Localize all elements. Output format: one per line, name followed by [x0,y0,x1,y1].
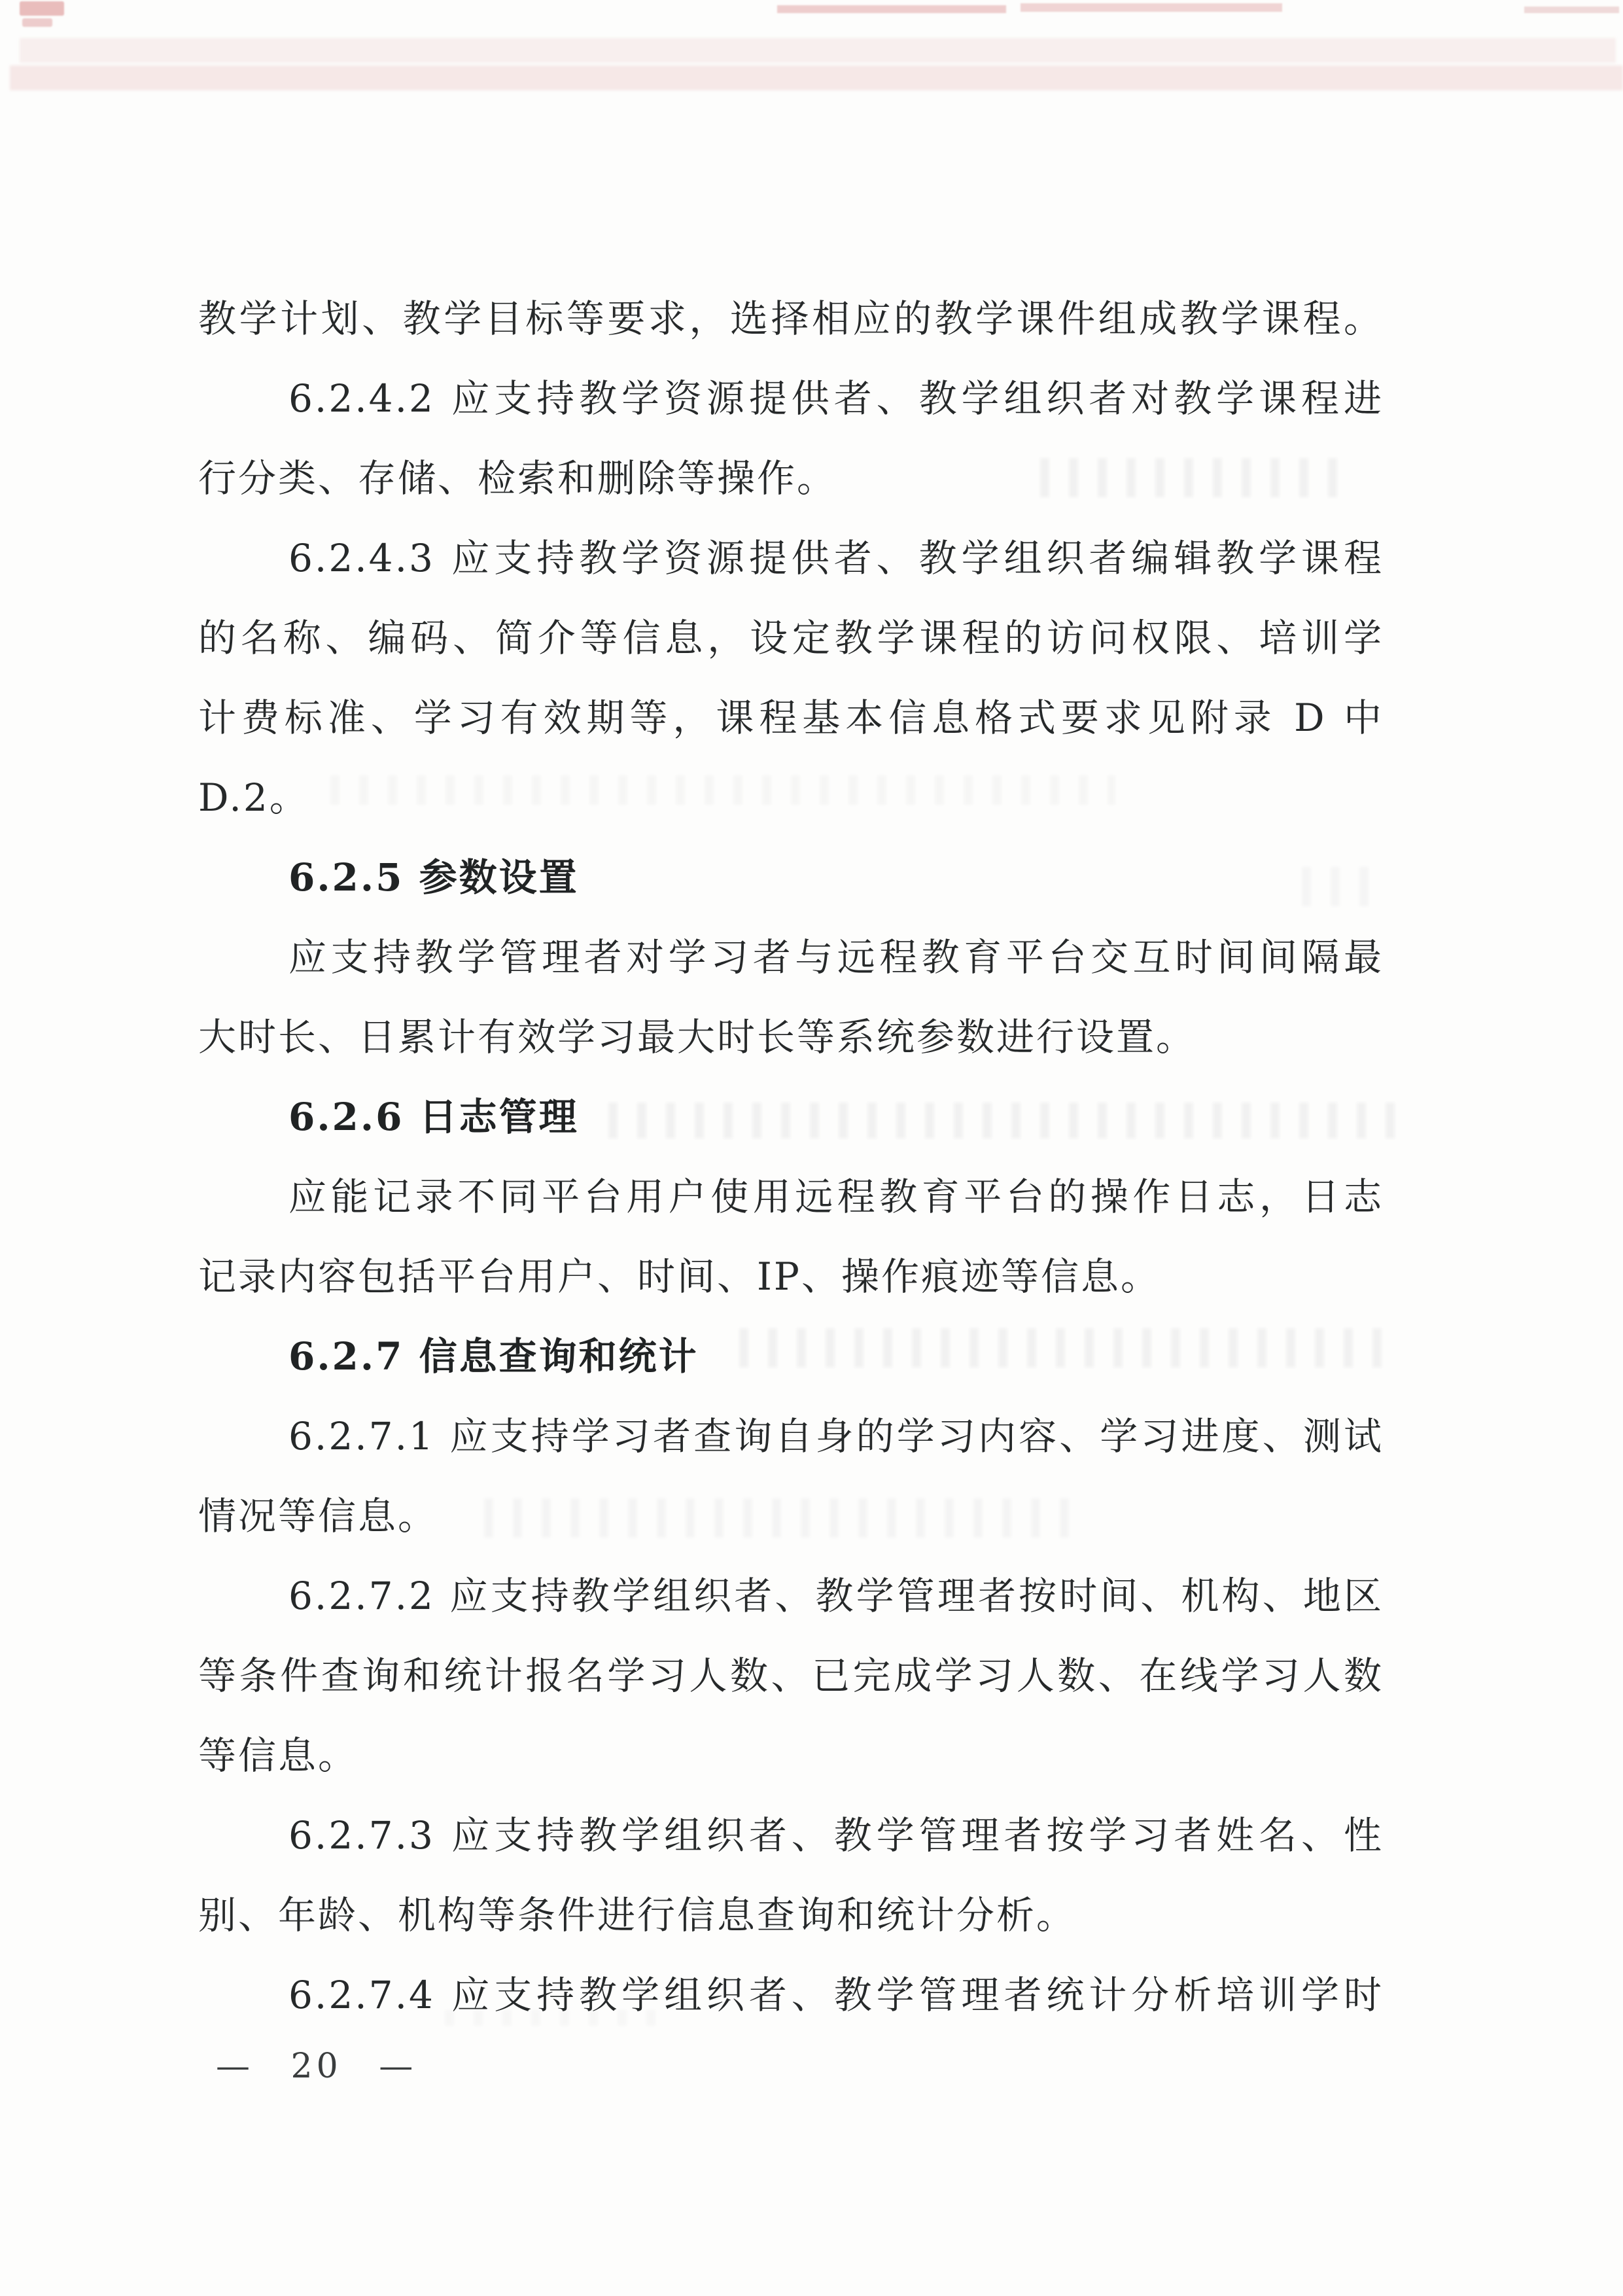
text-line: 的名称、编码、简介等信息，设定教学课程的访问权限、培训学时、 [198,598,1384,678]
text-line: 大时长、日累计有效学习最大时长等系统参数进行设置。 [198,997,1384,1077]
red-stamp-artifact [22,18,52,27]
clause-line-6-2-4-2: 6.2.4.2 应支持教学资源提供者、教学组织者对教学课程进 [198,359,1384,438]
pink-scan-band [10,65,1623,90]
clause-heading-6-2-6: 6.2.6 日志管理 [198,1077,1384,1157]
text-line: 应能记录不同平台用户使用远程教育平台的操作日志，日志 [198,1157,1384,1237]
clause-line-6-2-7-4: 6.2.7.4 应支持教学组织者、教学管理者统计分析培训学时 [198,1955,1384,2035]
text-line: 应支持教学管理者对学习者与远程教育平台交互时间间隔最 [198,917,1384,997]
pink-scan-band [20,38,1616,63]
clause-heading-6-2-7: 6.2.7 信息查询和统计 [198,1316,1384,1396]
text-line: 行分类、存储、检索和删除等操作。 [198,438,1384,518]
clause-line-6-2-4-3: 6.2.4.3 应支持教学资源提供者、教学组织者编辑教学课程 [198,518,1384,598]
page-number: — 20 — [216,2040,417,2093]
clause-line-6-2-7-2: 6.2.7.2 应支持教学组织者、教学管理者按时间、机构、地区 [198,1556,1384,1636]
text-line: D.2。 [198,758,1384,838]
text-line: 别、年龄、机构等条件进行信息查询和统计分析。 [198,1875,1384,1955]
text-line: 教学计划、教学目标等要求，选择相应的教学课件组成教学课程。 [198,279,1384,359]
scanned-document-page: 教学计划、教学目标等要求，选择相应的教学课件组成教学课程。 6.2.4.2 应支… [0,0,1623,2296]
red-stamp-artifact [20,1,64,16]
clause-line-6-2-7-1: 6.2.7.1 应支持学习者查询自身的学习内容、学习进度、测试 [198,1396,1384,1476]
text-line: 计费标准、学习有效期等，课程基本信息格式要求见附录 D 中 [198,678,1384,758]
text-line: 等条件查询和统计报名学习人数、已完成学习人数、在线学习人数 [198,1636,1384,1716]
clause-line-6-2-7-3: 6.2.7.3 应支持教学组织者、教学管理者按学习者姓名、性 [198,1795,1384,1875]
text-line: 情况等信息。 [198,1476,1384,1556]
clause-heading-6-2-5: 6.2.5 参数设置 [198,838,1384,917]
text-line: 等信息。 [198,1716,1384,1795]
text-line: 记录内容包括平台用户、时间、IP、操作痕迹等信息。 [198,1237,1384,1316]
red-streak-artifact [777,5,1006,13]
red-streak-artifact [1524,7,1619,13]
document-text-block: 教学计划、教学目标等要求，选择相应的教学课件组成教学课程。 6.2.4.2 应支… [198,279,1384,2035]
red-streak-artifact [1021,3,1282,12]
